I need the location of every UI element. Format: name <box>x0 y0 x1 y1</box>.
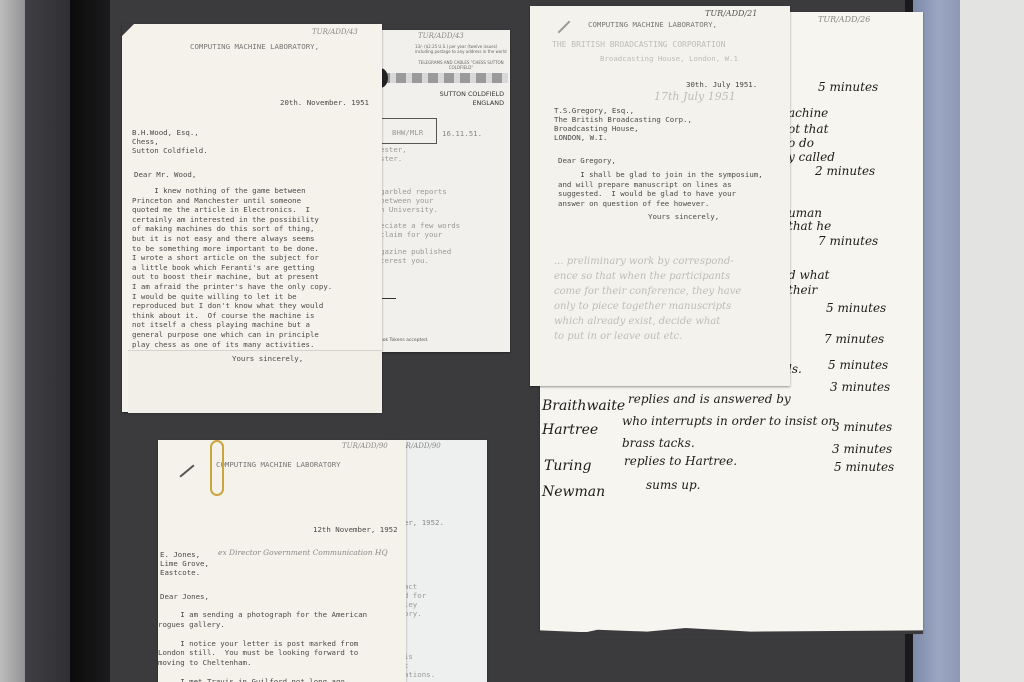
body-line: I am afraid the printer's have the only … <box>132 282 332 292</box>
letter-body: I am sending a photograph for the Americ… <box>158 610 367 682</box>
letter-body: I shall be glad to join in the symposium… <box>558 170 763 208</box>
body-line: London still. You must be looking forwar… <box>158 648 367 658</box>
signature-stroke <box>380 298 396 299</box>
closing: Yours sincerely, <box>648 212 719 222</box>
archive-ref: TUR/ADD/26 <box>818 15 870 24</box>
partial-line: y called <box>788 150 835 164</box>
letterhead: COMPUTING MACHINE LABORATORY <box>216 460 341 470</box>
partial-line: d what <box>788 268 829 282</box>
duration: 5 minutes <box>828 358 888 372</box>
showthrough-line: come for their conference, they have <box>554 284 741 299</box>
chess-letter-footer: ook Tokens accepted. <box>380 338 428 343</box>
duration: 5 minutes <box>818 80 878 94</box>
torn-bottom-edge <box>540 628 923 634</box>
addressee-line: LONDON, W.I. <box>554 133 607 143</box>
showthrough-text: THE BRITISH BROADCASTING CORPORATION <box>552 40 725 50</box>
place-line-1: SUTTON COLDFIELD <box>440 90 504 98</box>
body-line: I shall be glad to join in the symposium… <box>558 170 763 180</box>
action: sums up. <box>646 478 700 492</box>
body-line: a little book which Feranti's are gettin… <box>132 263 332 273</box>
duration: 3 minutes <box>832 420 892 434</box>
showthrough-line: only to piece together manuscripts <box>554 299 741 314</box>
body-line: general purpose one which can in princip… <box>132 330 332 340</box>
partial-line: that he <box>788 219 831 233</box>
showthrough-text: 17th July 1951 <box>654 90 736 103</box>
letter-date: 20th. November. 1951 <box>280 98 369 108</box>
partial-line: claim for your <box>380 230 442 240</box>
addressee-line: Sutton Coldfield. <box>132 146 208 156</box>
letter-date: 30th. July 1951. <box>686 80 757 90</box>
action: replies and is answered by <box>628 392 791 406</box>
letterhead: COMPUTING MACHINE LABORATORY, <box>190 42 319 52</box>
body-line: I knew nothing of the game between <box>132 186 332 196</box>
duration: 3 minutes <box>832 442 892 456</box>
letter-to-wood: TUR/ADD/43 COMPUTING MACHINE LABORATORY,… <box>122 24 382 412</box>
hole-punch-mark <box>179 464 194 477</box>
duration: 5 minutes <box>834 460 894 474</box>
body-line: of making machines do this sort of thing… <box>132 224 332 234</box>
body-line: but it is not easy and there always seem… <box>132 234 332 244</box>
body-line: suggested. I would be glad to have your <box>558 189 763 199</box>
archive-ref: TUR/ADD/43 <box>418 32 464 40</box>
action: brass tacks. <box>622 436 695 450</box>
action: who interrupts in order to insist on <box>622 414 836 428</box>
body-line: and will prepare manuscript on lines as <box>558 180 763 190</box>
speaker: Newman <box>542 484 605 500</box>
partial-line: ot that <box>788 122 828 136</box>
body-line: think about it. Of course the machine is <box>132 311 332 321</box>
showthrough-line: ence so that when the participants <box>554 269 741 284</box>
closing: Yours sincerely, <box>232 354 303 364</box>
partial-line: uman <box>788 206 822 220</box>
body-line: I met Travis in Guilford not long ago <box>158 677 367 682</box>
telegrams-line: TELEGRAMS AND CABLES "CHESS SUTTON COLDF… <box>415 60 507 70</box>
body-line: play chess as one of its many activities… <box>132 340 332 350</box>
partial-line: achine <box>788 106 828 120</box>
body-line: I notice your letter is post marked from <box>158 639 367 649</box>
letter-to-gregory: TUR/ADD/21 COMPUTING MACHINE LABORATORY,… <box>530 6 790 386</box>
salutation: Dear Gregory, <box>558 156 616 166</box>
handwritten-annotation: ex Director Government Communication HQ <box>218 548 388 557</box>
background-wall-right <box>960 0 1024 682</box>
salutation: Dear Mr. Wood, <box>134 170 196 180</box>
chess-letter-date: 16.11.51. <box>442 129 482 139</box>
chess-letter: TUR/ADD/43 13/- ($2.25 U.S.) per year (t… <box>370 30 510 352</box>
duration: 7 minutes <box>818 234 878 248</box>
archive-ref: TUR/ADD/21 <box>705 9 757 18</box>
partial-line: their <box>788 283 817 297</box>
body-line: I am sending a photograph for the Americ… <box>158 610 367 620</box>
partial-line: terest you. <box>380 256 429 266</box>
duration: 2 minutes <box>815 164 875 178</box>
partial-line: ls. <box>788 362 802 376</box>
place-line-2: ENGLAND <box>472 99 504 107</box>
duration: 3 minutes <box>830 380 890 394</box>
paperclip-icon <box>210 440 224 496</box>
speaker: Braithwaite <box>542 398 625 414</box>
body-line: I would be quite willing to let it be <box>132 292 332 302</box>
showthrough-text: Broadcasting House, London, W.1 <box>600 54 738 64</box>
showthrough-line: to put in or leave out etc. <box>554 329 741 344</box>
body-line: moving to Cheltenham. <box>158 658 367 668</box>
body-line: rogues gallery. <box>158 620 367 630</box>
body-line: reproduced but I don't know what they wo… <box>132 301 332 311</box>
addressee-line: Eastcote. <box>160 568 200 578</box>
speaker: Hartree <box>542 422 598 438</box>
showthrough-line: which already exist, decide what <box>554 314 741 329</box>
showthrough-handwriting: ... preliminary work by correspond- ence… <box>554 254 741 344</box>
hole-punch-mark <box>558 21 571 34</box>
body-line: answer on question of fee however. <box>558 199 763 209</box>
letter-date: 12th November, 1952 <box>313 525 398 535</box>
body-line: not itself a chess playing machine but a <box>132 320 332 330</box>
archive-ref: TUR/ADD/90 <box>342 442 388 450</box>
letter-to-jones: TUR/ADD/90 COMPUTING MACHINE LABORATORY … <box>158 440 406 682</box>
body-line: quoted me the article in Electronics. I <box>132 205 332 215</box>
action: replies to Hartree. <box>624 454 737 468</box>
archive-ref: TUR/ADD/43 <box>312 28 358 36</box>
body-line: out to boost their machine, but at prese… <box>132 272 332 282</box>
body-line: certainly am interested in the possibili… <box>132 215 332 225</box>
partial-line: n University. <box>380 205 438 215</box>
duration: 5 minutes <box>826 301 886 315</box>
chess-pieces-banner <box>380 73 508 83</box>
body-line: to be something more important to be don… <box>132 244 332 254</box>
salutation: Dear Jones, <box>160 592 209 602</box>
showthrough-line: ... preliminary work by correspond- <box>554 254 741 269</box>
letter-fold-corner <box>122 24 134 36</box>
subscription-note: 13/- ($2.25 U.S.) per year (twelve issue… <box>415 44 507 54</box>
partial-line: ster. <box>380 154 402 164</box>
partial-line: o do <box>788 136 814 150</box>
body-line: Princeton and Manchester until someone <box>132 196 332 206</box>
our-ref: BHW/MLR <box>392 128 423 138</box>
letterhead: COMPUTING MACHINE LABORATORY, <box>588 20 717 30</box>
duration: 7 minutes <box>824 332 884 346</box>
body-line <box>158 629 367 639</box>
body-line: I wrote a short article on the subject f… <box>132 253 332 263</box>
speaker: Turing <box>544 458 592 474</box>
body-line <box>158 668 367 678</box>
letter-body: I knew nothing of the game between Princ… <box>132 186 332 349</box>
